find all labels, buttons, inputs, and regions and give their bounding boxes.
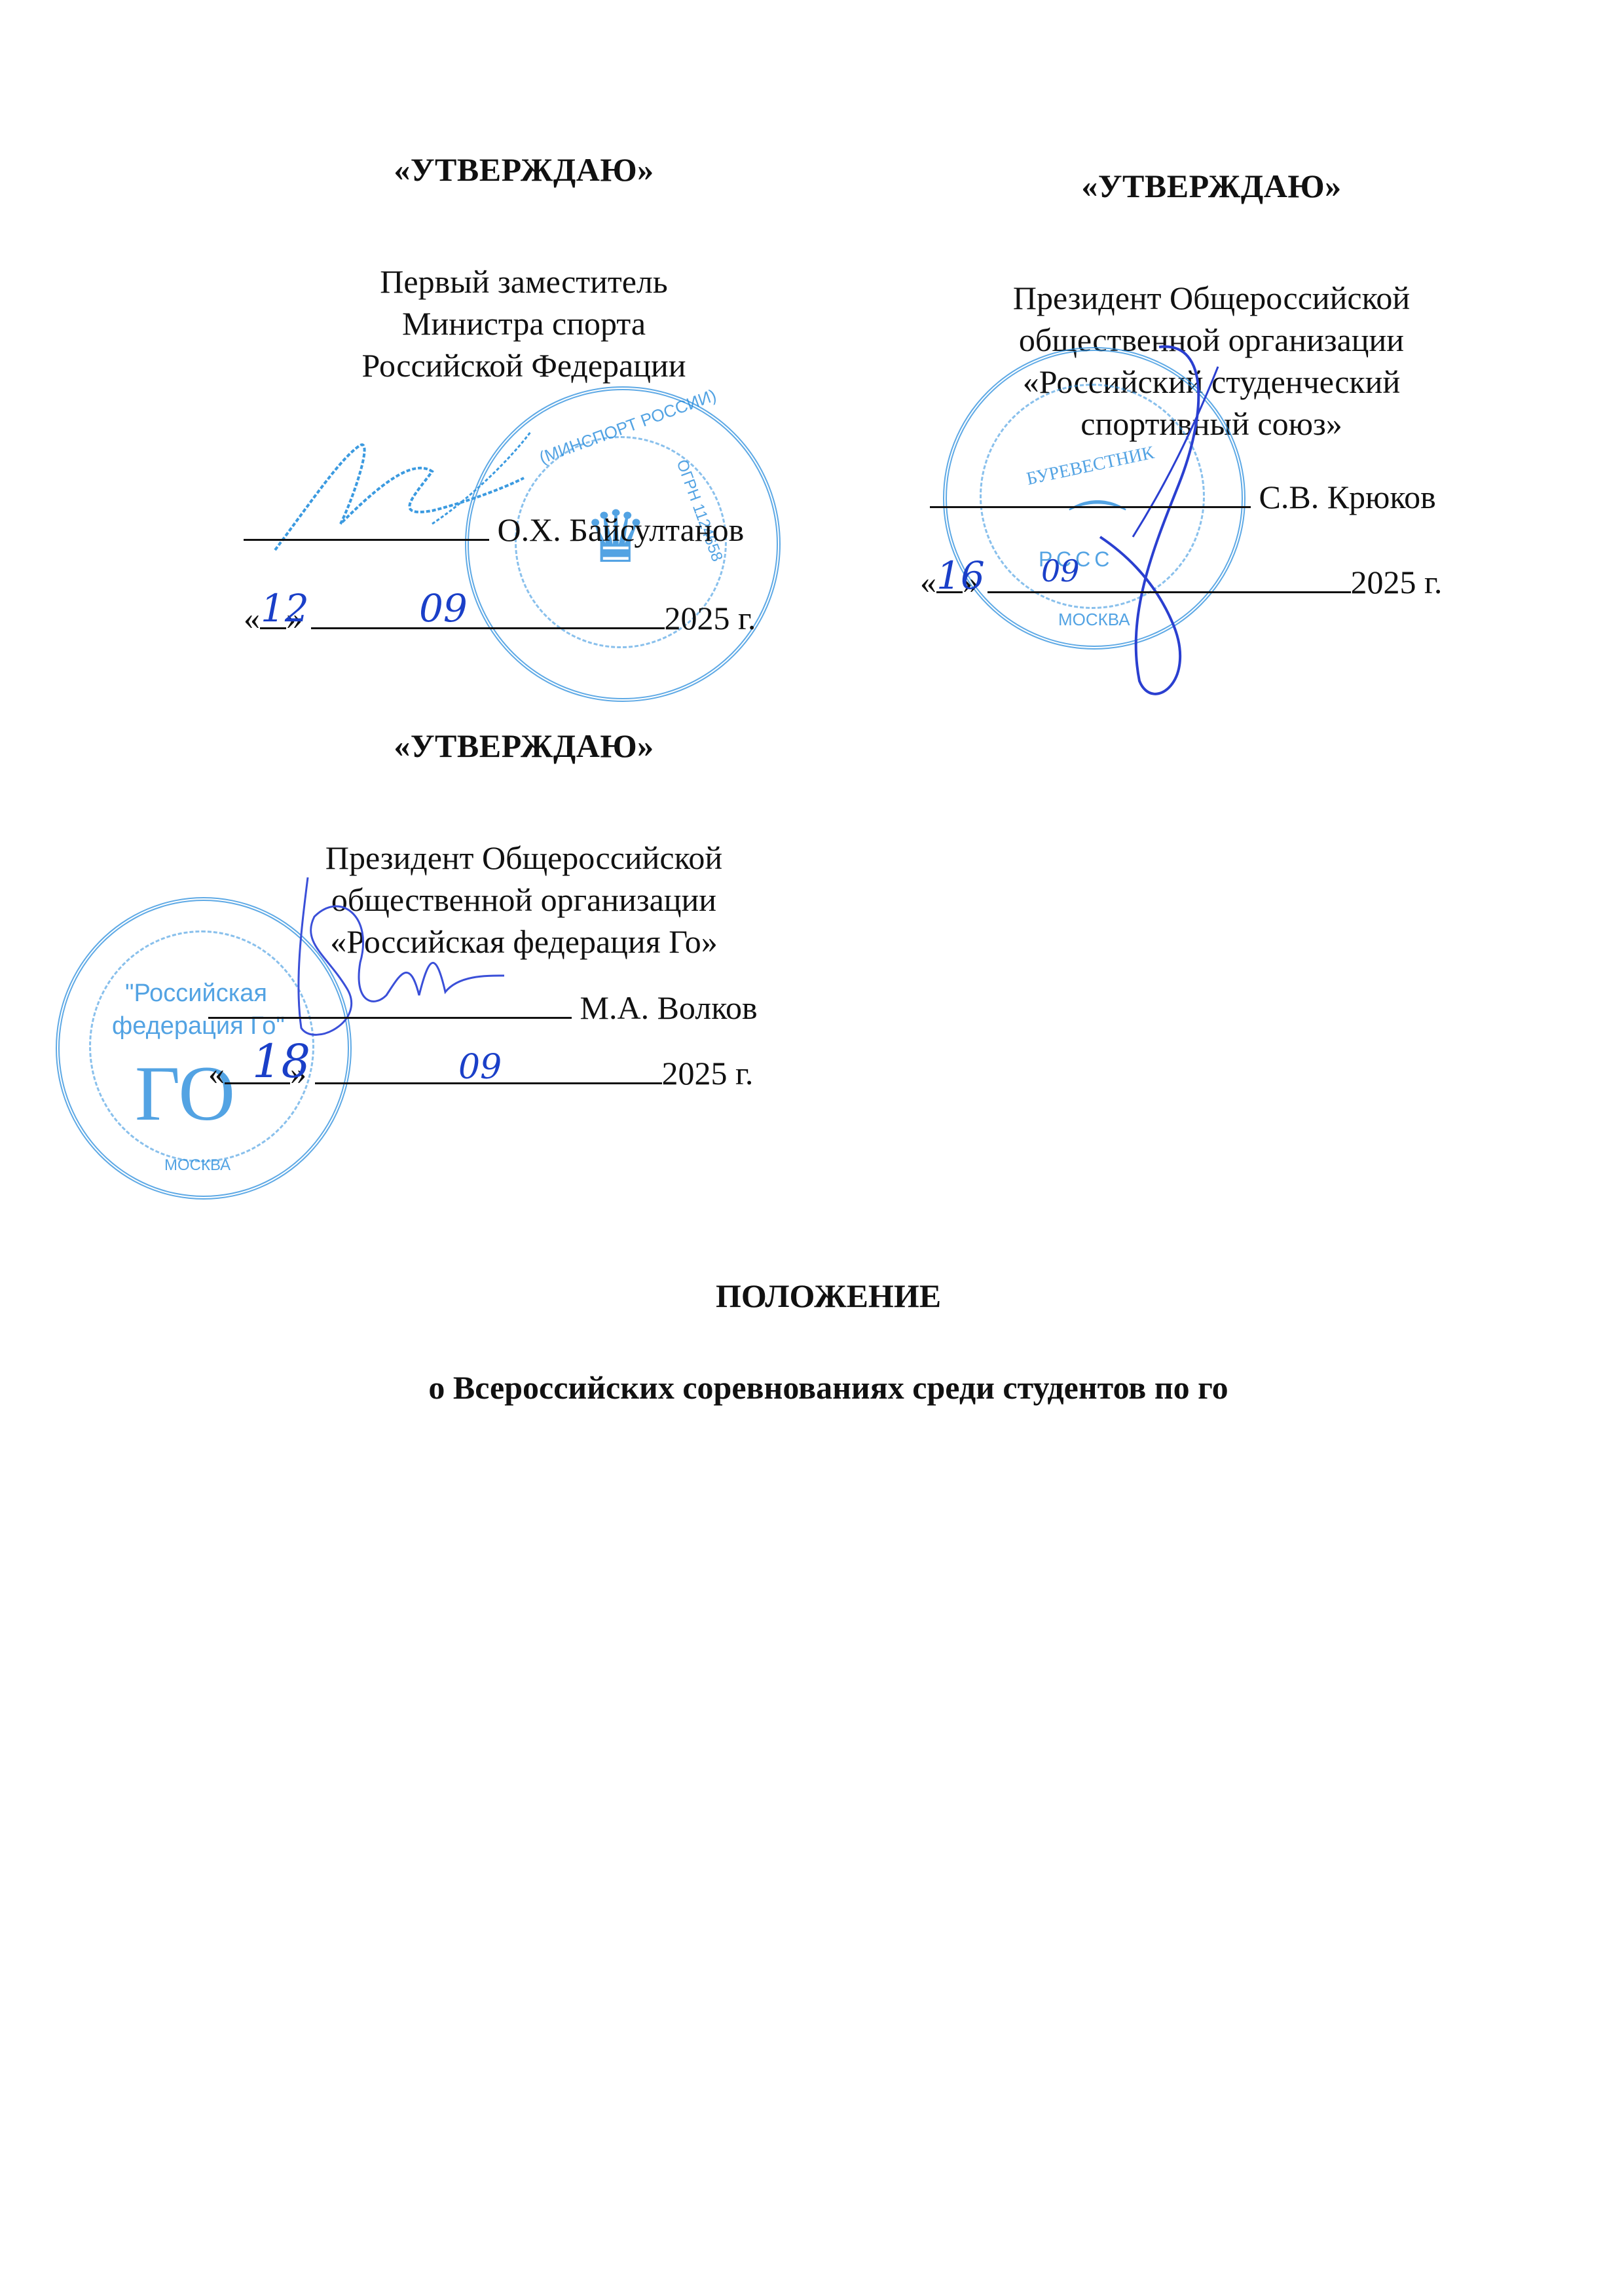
year-text: 2025 г. xyxy=(1351,564,1443,600)
month-line xyxy=(311,627,665,629)
signature-line-row: С.В. Крюков xyxy=(930,478,1436,516)
signature-line-row: М.А. Волков xyxy=(208,989,758,1027)
signature-line xyxy=(244,539,489,541)
signature-line xyxy=(930,506,1251,508)
document-subtitle: о Всероссийских соревнованиях среди студ… xyxy=(0,1368,1624,1406)
quote-open: « xyxy=(244,600,260,636)
approval-heading: «УТВЕРЖДАЮ» xyxy=(249,151,799,189)
approval-block-minsport: «УТВЕРЖДАЮ» Первый заместитель Министра … xyxy=(249,151,799,386)
stamp-city: МОСКВА xyxy=(164,1156,231,1175)
handwritten-month: 09 xyxy=(419,586,468,631)
signatory-name: М.А. Волков xyxy=(580,989,758,1026)
position-line: Первый заместитель xyxy=(249,261,799,303)
signature-line xyxy=(208,1017,572,1019)
approval-heading: «УТВЕРЖДАЮ» xyxy=(249,727,799,765)
approval-heading: «УТВЕРЖДАЮ» xyxy=(943,167,1480,205)
position-line: Президент Общероссийской xyxy=(943,277,1480,319)
date-row: «» 2025 г. xyxy=(920,563,1442,601)
month-line xyxy=(987,591,1351,593)
handwritten-day: 18 xyxy=(252,1035,310,1088)
position-line: Министра спорта xyxy=(249,303,799,344)
document-title: ПОЛОЖЕНИЕ xyxy=(0,1277,1624,1315)
quote-open: « xyxy=(920,564,936,600)
signature-rsss xyxy=(1061,340,1231,707)
position-line: Российской Федерации xyxy=(249,344,799,386)
signature-line-row: О.Х. Байсултанов xyxy=(244,511,744,549)
handwritten-month: 09 xyxy=(1041,553,1080,589)
quote-open: « xyxy=(208,1055,225,1092)
handwritten-day: 16 xyxy=(936,553,985,598)
signatory-name: О.Х. Байсултанов xyxy=(498,511,745,548)
position-line: Президент Общероссийской xyxy=(249,837,799,879)
signatory-name: С.В. Крюков xyxy=(1259,479,1436,515)
year-text: 2025 г. xyxy=(662,1055,754,1092)
handwritten-day: 12 xyxy=(261,586,309,631)
handwritten-month: 09 xyxy=(458,1048,502,1087)
approver-position: Первый заместитель Министра спорта Росси… xyxy=(249,261,799,386)
date-row: «» 2025 г. xyxy=(244,599,756,637)
year-text: 2025 г. xyxy=(665,600,756,636)
